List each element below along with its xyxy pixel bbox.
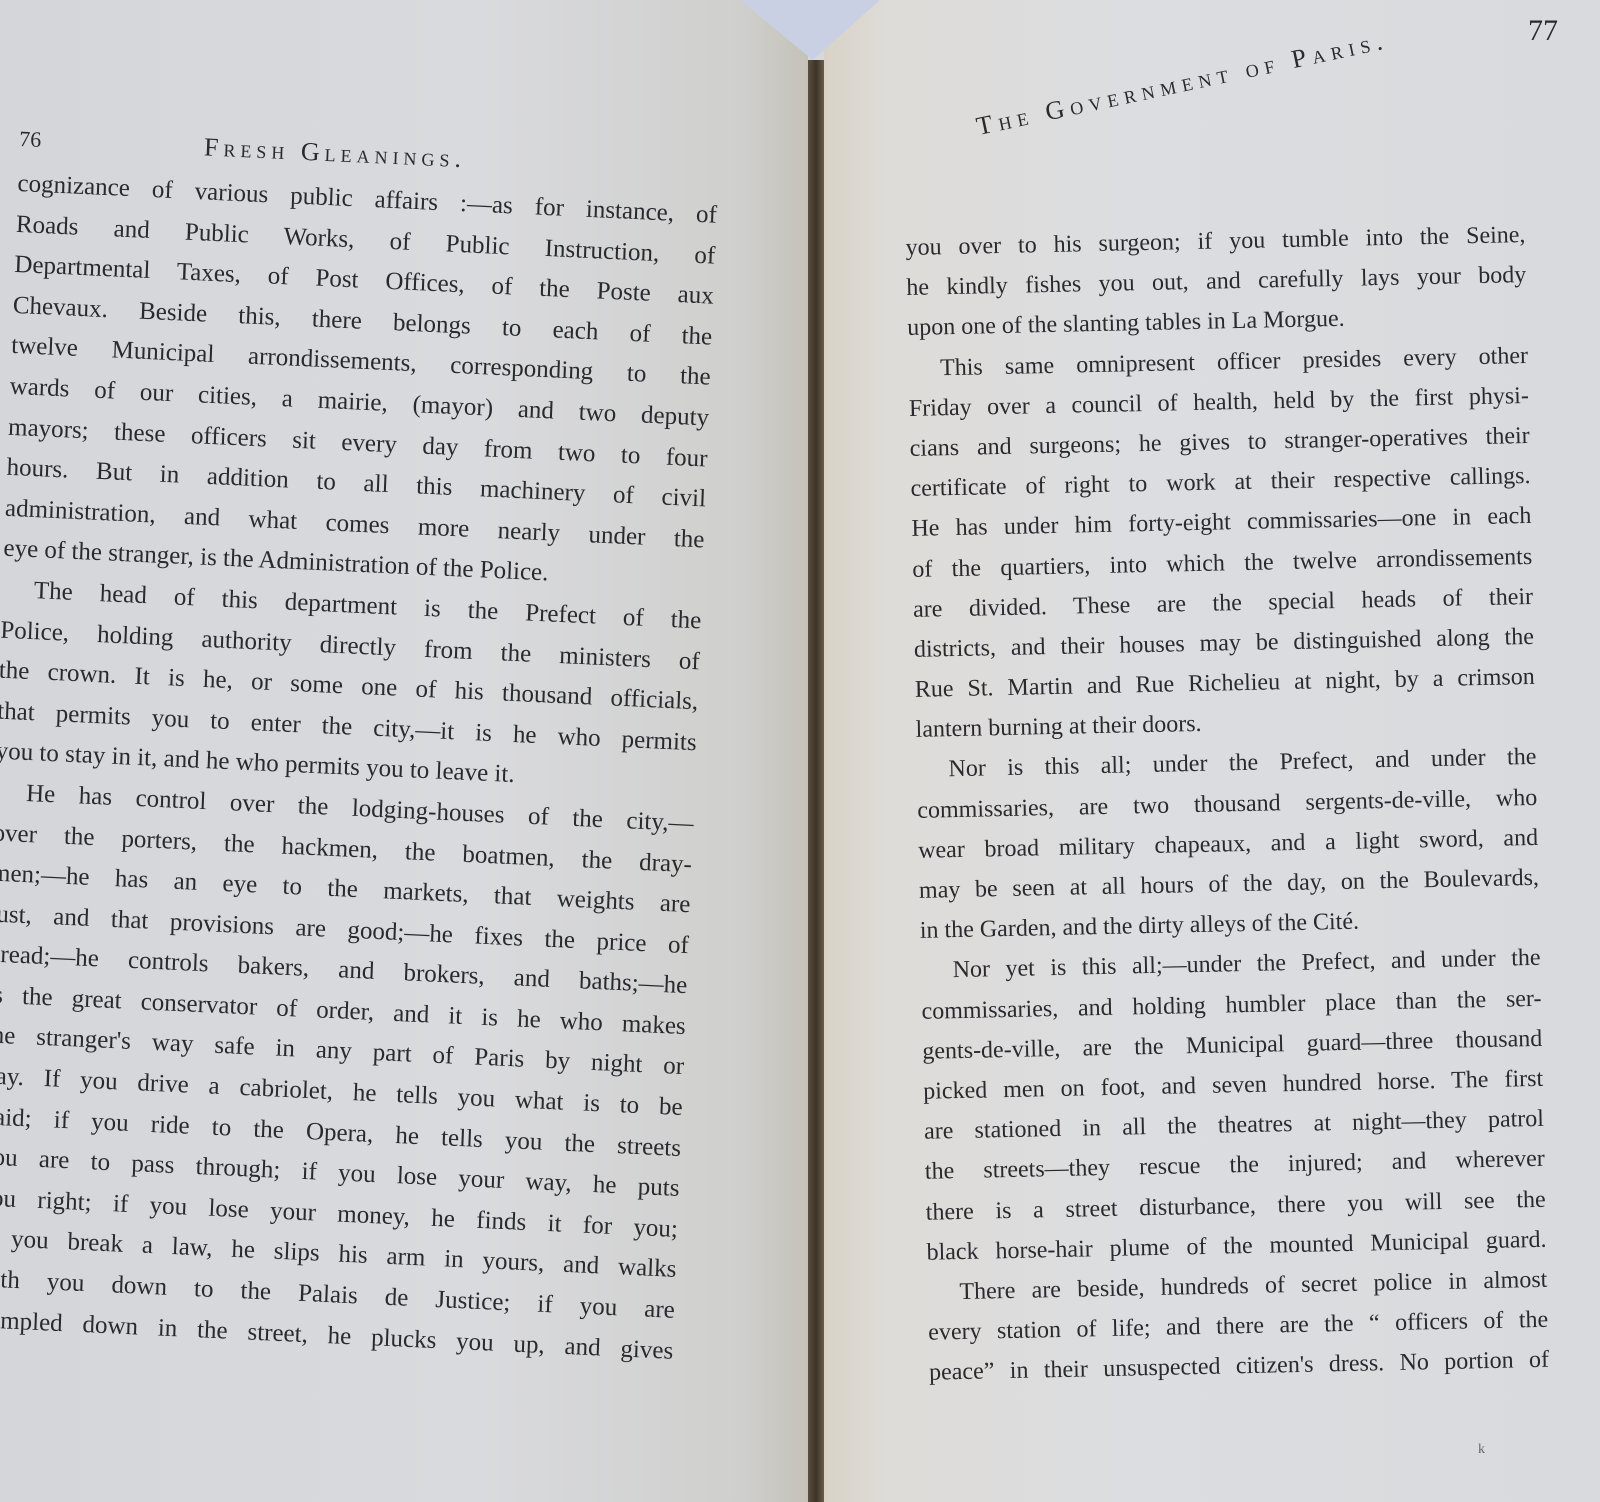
running-head-title-left: Fresh Gleanings.	[204, 132, 467, 174]
page-number-left: 76	[19, 126, 42, 153]
left-page-text: 76 Fresh Gleanings. cognizance of variou…	[0, 120, 719, 1372]
page-mark: k	[1478, 1442, 1485, 1458]
page-number-right: 77	[1528, 14, 1558, 48]
running-head-title-right: The Government of Paris.	[974, 25, 1391, 142]
open-book-spread: 76 Fresh Gleanings. cognizance of variou…	[0, 0, 1600, 1502]
left-page-body: cognizance of various public affairs :—a…	[0, 164, 718, 1372]
book-spine-gutter	[808, 60, 824, 1502]
right-running-head: 77 The Government of Paris.	[960, 0, 1580, 190]
right-page-text: you over to his surgeon; if you tumble i…	[905, 215, 1549, 1393]
right-page-body: you over to his surgeon; if you tumble i…	[905, 215, 1549, 1393]
